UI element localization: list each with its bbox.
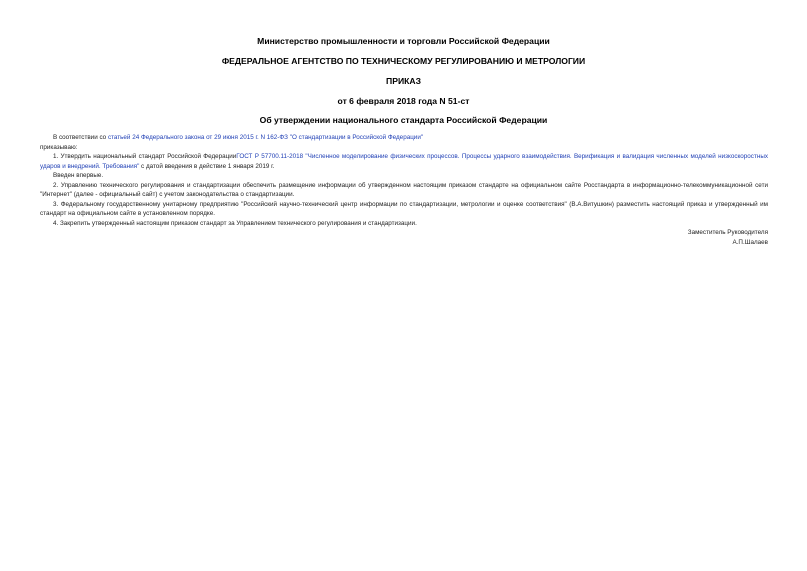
- signature-position: Заместитель Руководителя: [40, 228, 768, 238]
- document-type-heading: ПРИКАЗ: [0, 76, 807, 87]
- ministry-heading: Министерство промышленности и торговли Р…: [0, 36, 807, 47]
- item-1-paragraph: 1. Утвердить национальный стандарт Росси…: [40, 152, 768, 171]
- introduced-note: Введен впервые.: [40, 171, 768, 181]
- date-number-heading: от 6 февраля 2018 года N 51-ст: [0, 96, 807, 107]
- item-2-paragraph: 2. Управлению технического регулирования…: [40, 181, 768, 200]
- signature-name: А.П.Шалаев: [40, 238, 768, 248]
- preamble-prefix: В соответствии со: [53, 134, 108, 141]
- item-1-prefix: 1. Утвердить национальный стандарт Росси…: [53, 153, 236, 160]
- document-body: В соответствии со статьей 24 Федеральног…: [40, 133, 768, 247]
- order-word: приказываю:: [40, 143, 768, 153]
- subject-heading: Об утверждении национального стандарта Р…: [0, 115, 807, 126]
- item-4-paragraph: 4. Закрепить утвержденный настоящим прик…: [40, 219, 768, 229]
- item-3-paragraph: 3. Федеральному государственному унитарн…: [40, 200, 768, 219]
- agency-heading: ФЕДЕРАЛЬНОЕ АГЕНТСТВО ПО ТЕХНИЧЕСКОМУ РЕ…: [0, 56, 807, 67]
- preamble-paragraph: В соответствии со статьей 24 Федеральног…: [40, 133, 768, 143]
- document-page: Министерство промышленности и торговли Р…: [0, 0, 807, 571]
- item-1-suffix: с датой введения в действие 1 января 201…: [139, 163, 274, 170]
- federal-law-link[interactable]: статьей 24 Федерального закона от 29 июн…: [108, 134, 423, 141]
